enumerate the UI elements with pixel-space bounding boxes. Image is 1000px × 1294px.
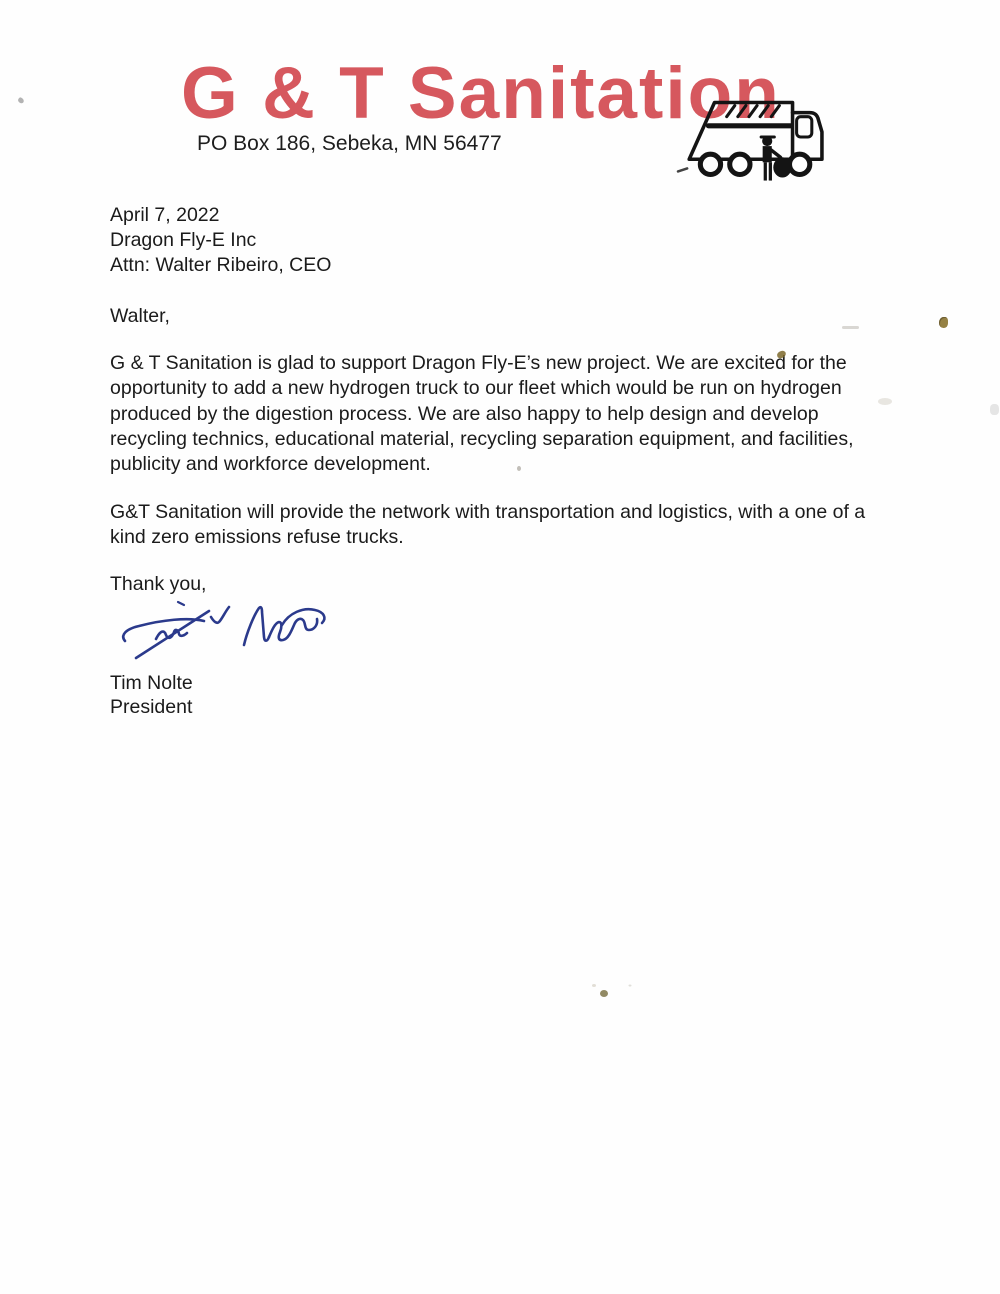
body-paragraph-2: G&T Sanitation will provide the network …: [110, 500, 950, 551]
scan-artifact: [842, 326, 859, 329]
scan-artifact: [17, 97, 25, 105]
recipient-attn: Attn: Walter Ribeiro, CEO: [110, 253, 331, 278]
letter-date: April 7, 2022: [110, 203, 220, 228]
company-address: PO Box 186, Sebeka, MN 56477: [197, 132, 502, 156]
scan-artifact: [600, 990, 608, 997]
signer-name: Tim Nolte: [110, 671, 193, 696]
garbage-truck-icon: [676, 92, 826, 186]
body-paragraph-1: G & T Sanitation is glad to support Drag…: [110, 351, 950, 477]
signer-title: President: [110, 695, 192, 720]
scan-artifact: [939, 317, 948, 328]
handwritten-signature: [116, 596, 340, 662]
letter-page: G & T Sanitation PO Box 186, Sebeka, MN …: [0, 0, 1000, 1294]
scan-artifact: [990, 404, 999, 415]
salutation: Walter,: [110, 304, 170, 329]
closing: Thank you,: [110, 572, 206, 597]
recipient-company: Dragon Fly-E Inc: [110, 228, 256, 253]
